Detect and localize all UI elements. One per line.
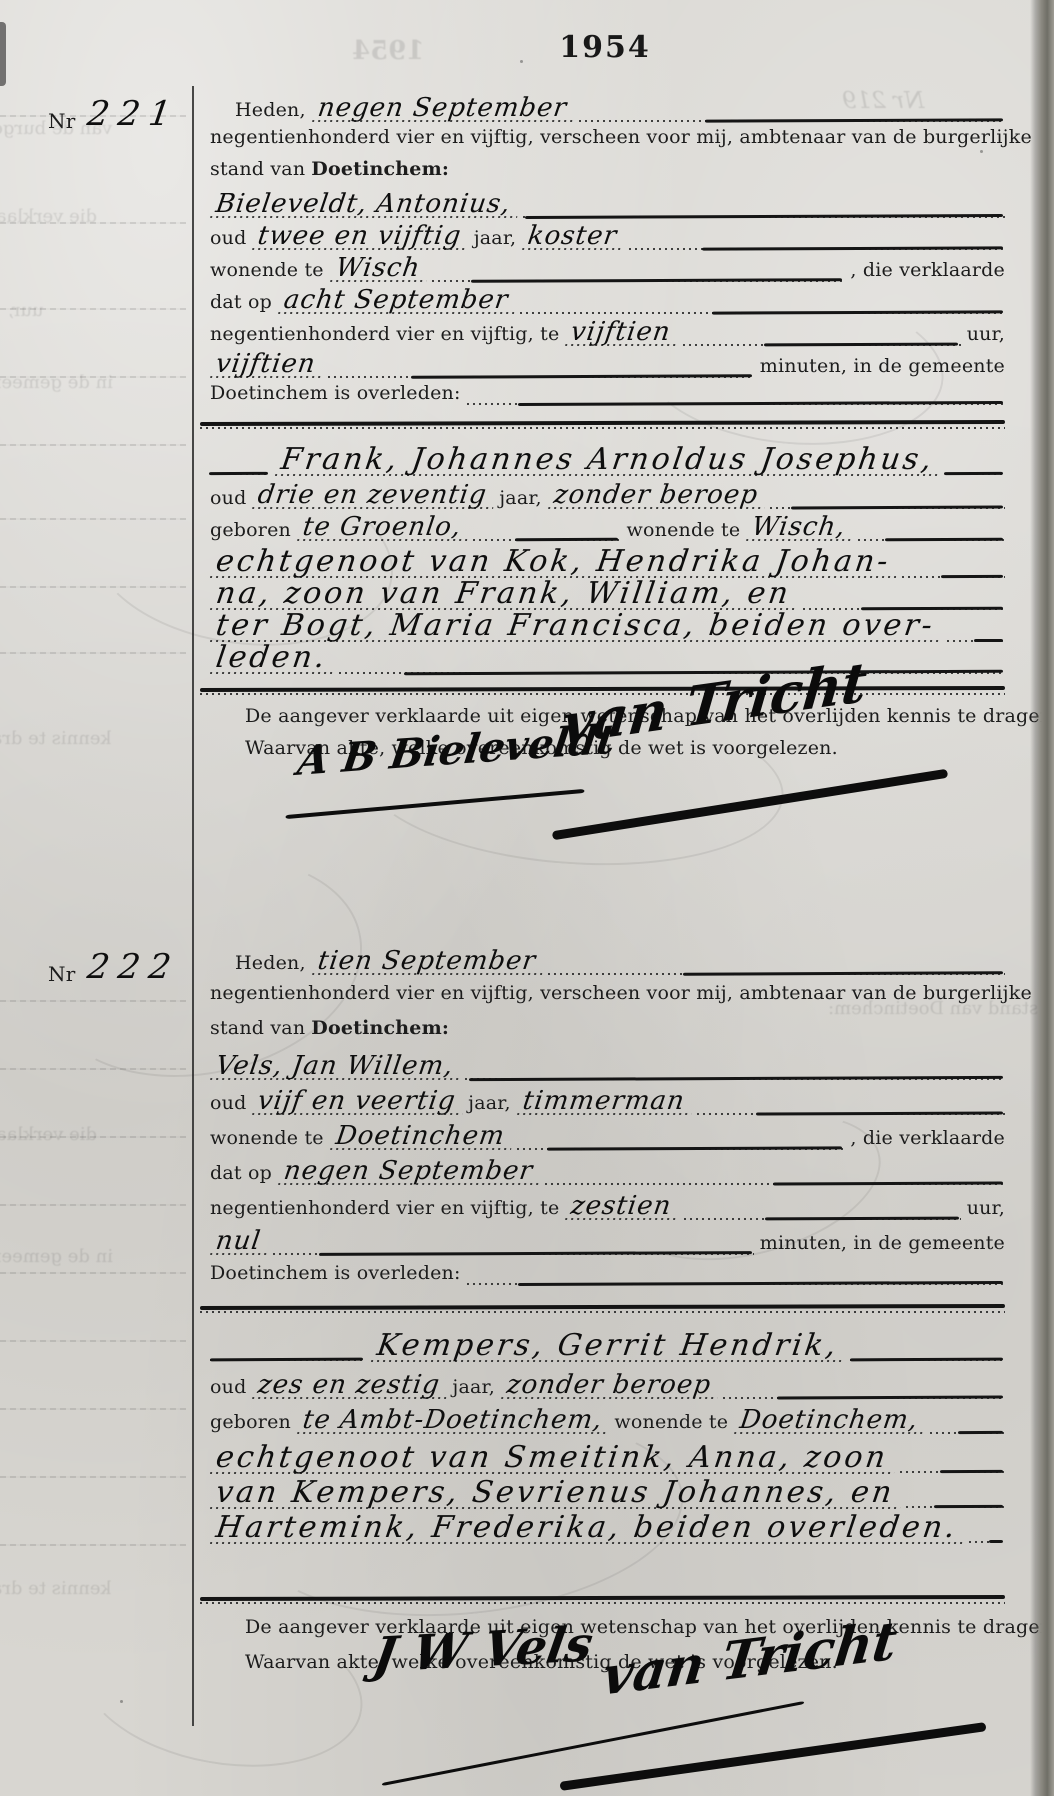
death-hour-handwriting: vijftien (565, 319, 680, 346)
deceased-birthplace-handwriting: te Groenlo, (297, 514, 471, 541)
declarant-name-handwriting: Bieleveldt, Antonius, (210, 191, 520, 218)
fill-line (906, 1490, 1005, 1508)
municipality-label: Doetinchem: (311, 1018, 449, 1040)
fill-line (969, 1525, 1005, 1543)
family-row: echtgenoot van Kok, Hendrika Johan- (210, 546, 1005, 578)
heden-label: Heden, (235, 100, 306, 122)
heden-label: Heden, (235, 953, 306, 975)
margin-rule-ghost (0, 444, 186, 446)
margin-rule-ghost (0, 1340, 186, 1342)
separator-bar (200, 1594, 1005, 1600)
record-number-label: Nr (48, 110, 75, 133)
declarant-age-handwriting: vijf en veertig (252, 1088, 465, 1115)
fill-line (947, 623, 1005, 641)
oud-label: oud (210, 488, 246, 510)
deceased-name-handwriting: Frank, Johannes Arnoldus Josephus, (275, 444, 944, 476)
bleed-through-text: kennis te dragen, (0, 1578, 111, 1599)
section-separator (200, 1305, 1005, 1313)
heden-row: Heden, tien September (210, 948, 1005, 975)
fill-line (465, 1062, 1005, 1080)
deceased-residence-handwriting: Doetinchem, (734, 1407, 928, 1434)
declarant-residence-handwriting: Doetinchem (330, 1123, 515, 1150)
separator-dots (200, 427, 1005, 429)
declarant-residence-handwriting: Wisch (330, 255, 430, 282)
ghost-arc (607, 1088, 897, 1286)
fill-line (770, 491, 1005, 509)
record-number-block: Nr 221 (48, 97, 185, 133)
municipality-label: Doetinchem: (311, 159, 449, 181)
margin-rule-ghost (0, 1272, 186, 1274)
margin-rule-ghost (0, 376, 186, 378)
death-date-row: dat op acht September (210, 287, 1005, 314)
bleed-through-text: die verklaarde (0, 1124, 97, 1145)
margin-rule-ghost (0, 1476, 186, 1478)
fill-line (432, 264, 844, 282)
dust-speck (980, 150, 983, 153)
bleed-through-text: 1954 (352, 36, 424, 66)
signature-flourish (559, 1722, 986, 1791)
death-register-page: 1954 Nr 219 van de burgerlijke die verkl… (0, 0, 1054, 1796)
overleden-label: Doetinchem is overleden: (210, 383, 461, 405)
wonende-te-label: wonende te (210, 1128, 324, 1150)
declarant-age-row: oud twee en vijftig jaar, koster (210, 223, 1005, 250)
fill-line (210, 1343, 365, 1361)
dust-speck (120, 1700, 123, 1703)
fill-line (520, 296, 1005, 314)
intro-line-row: negentienhonderd vier en vijftig, versch… (210, 983, 1005, 1005)
separator-dots (200, 1602, 1005, 1604)
family-line-handwriting: echtgenoot van Smeitink, Anna, zoon (210, 1442, 898, 1474)
deceased-age-row: oud drie en zeventig jaar, zonder beroep (210, 482, 1005, 509)
separator-bar (200, 420, 1005, 426)
declarant-occupation-handwriting: timmerman (517, 1088, 695, 1115)
geboren-label: geboren (210, 1412, 291, 1434)
intro-line-row: negentienhonderd vier en vijftig, versch… (210, 127, 1005, 149)
bleed-through-text: in de gemeente (0, 1246, 113, 1267)
jaar-label: jaar, (499, 488, 542, 510)
fill-line (697, 1097, 1006, 1115)
fill-line (803, 591, 1005, 609)
jaar-label: jaar, (468, 1093, 511, 1115)
te-label: negentienhonderd vier en vijftig, te (210, 1198, 559, 1220)
bleed-through-text: uur, (8, 300, 44, 321)
declarant-name-row: Bieleveldt, Antonius, (210, 191, 1005, 218)
deceased-residence-handwriting: Wisch, (746, 514, 855, 541)
margin-rule-ghost (0, 652, 186, 654)
margin-rule-ghost (0, 308, 186, 310)
death-minutes-row: nul minuten, in de gemeente (210, 1228, 1005, 1255)
fill-line (523, 200, 1005, 218)
family-line-handwriting: ter Bogt, Maria Francisca, beiden over- (210, 610, 945, 642)
oud-label: oud (210, 228, 246, 250)
death-minutes-handwriting: nul (210, 1228, 271, 1255)
scan-edge-mark (0, 22, 6, 86)
fill-line (467, 1266, 1005, 1284)
overleden-label: Doetinchem is overleden: (210, 1263, 461, 1285)
death-date-row: dat op negen September (210, 1158, 1005, 1185)
bleed-through-text: kennis te dragen, (0, 728, 111, 749)
page-edge-shadow (1030, 0, 1054, 1796)
overleden-row: Doetinchem is overleden: (210, 1263, 1005, 1285)
intro-line: negentienhonderd vier en vijftig, versch… (210, 127, 1032, 149)
intro-line: negentienhonderd vier en vijftig, versch… (210, 983, 1032, 1005)
deceased-age-row: oud zes en zestig jaar, zonder beroep (210, 1372, 1005, 1399)
record-number-handwriting: 221 (75, 97, 190, 133)
dat-op-label: dat op (210, 1163, 272, 1185)
deceased-born-row: geboren te Ambt-Doetinchem, wonende te D… (210, 1407, 1005, 1434)
deceased-occupation-handwriting: zonder beroep (501, 1372, 721, 1399)
column-divider-rule (192, 86, 194, 1726)
uur-label: uur, (967, 1198, 1005, 1220)
declarant-name-handwriting: Vels, Jan Willem, (210, 1053, 463, 1080)
record-number-handwriting: 222 (75, 950, 190, 986)
deceased-name-handwriting: Kempers, Gerrit Hendrik, (371, 1330, 849, 1362)
stand-van-row: stand van Doetinchem: (210, 159, 1005, 181)
death-hour-row: negentienhonderd vier en vijftig, te vij… (210, 319, 1005, 346)
fill-line (579, 104, 1005, 122)
deceased-occupation-handwriting: zonder beroep (548, 482, 768, 509)
stand-van-label: stand van (210, 1018, 305, 1040)
declarant-age-row: oud vijf en veertig jaar, timmerman (210, 1088, 1005, 1115)
family-row: Hartemink, Frederika, beiden overleden. (210, 1512, 1005, 1544)
family-row: ter Bogt, Maria Francisca, beiden over- (210, 610, 1005, 642)
fill-line (467, 386, 1005, 404)
declarant-residence-row: wonende te Wisch , die verklaarde (210, 255, 1005, 282)
declarant-occupation-handwriting: koster (522, 223, 627, 250)
deceased-name-row: Kempers, Gerrit Hendrik, (210, 1330, 1005, 1362)
record-number-block: Nr 222 (48, 950, 185, 986)
family-line-handwriting: leden. (210, 642, 338, 674)
jaar-label: jaar, (474, 228, 517, 250)
death-hour-handwriting: zestien (565, 1193, 681, 1220)
section-separator (200, 1596, 1005, 1604)
minuten-label: minuten, in de gemeente (760, 356, 1005, 378)
fill-line (683, 328, 961, 346)
geboren-label: geboren (210, 520, 291, 542)
death-minutes-handwriting: vijftien (210, 351, 325, 378)
fill-line (548, 957, 1005, 975)
margin-rule-ghost (0, 1408, 186, 1410)
minuten-label: minuten, in de gemeente (760, 1233, 1005, 1255)
te-label: negentienhonderd vier en vijftig, te (210, 324, 559, 346)
statement-line: De aangever verklaarde uit eigen wetensc… (245, 1617, 1054, 1639)
margin-rule-ghost (0, 1136, 186, 1138)
margin-rule-ghost (0, 1544, 186, 1546)
family-row: echtgenoot van Smeitink, Anna, zoon (210, 1442, 1005, 1474)
wonende-te-label: wonende te (614, 1412, 728, 1434)
family-line-handwriting: na, zoon van Frank, William, en (210, 578, 801, 610)
fill-line (902, 559, 1005, 577)
fill-line (545, 1167, 1005, 1185)
margin-rule-ghost (0, 222, 186, 224)
fill-line (900, 1455, 1005, 1473)
fill-line (858, 523, 1005, 541)
signature-flourish (382, 1701, 805, 1786)
fill-line (328, 360, 754, 378)
section-separator (200, 421, 1005, 429)
death-date-handwriting: negen September (278, 1158, 543, 1185)
fill-line (339, 655, 1005, 673)
dat-op-label: dat op (210, 292, 272, 314)
heden-row: Heden, negen September (210, 95, 1005, 122)
declarant-age-handwriting: twee en vijftig (252, 223, 471, 250)
die-verklaarde-label: , die verklaarde (850, 260, 1005, 282)
registration-date-handwriting: tien September (312, 948, 546, 975)
family-line-handwriting: van Kempers, Sevrienus Johannes, en (210, 1477, 904, 1509)
fill-line (273, 1237, 754, 1255)
fill-line (850, 1343, 1005, 1361)
deceased-birthplace-handwriting: te Ambt-Doetinchem, (297, 1407, 612, 1434)
death-date-handwriting: acht September (278, 287, 518, 314)
record-number-label: Nr (48, 963, 75, 986)
death-hour-row: negentienhonderd vier en vijftig, te zes… (210, 1193, 1005, 1220)
fill-line (946, 457, 1005, 475)
overleden-row: Doetinchem is overleden: (210, 383, 1005, 405)
family-row: leden. (210, 642, 1005, 674)
family-line-handwriting: Hartemink, Frederika, beiden overleden. (210, 1512, 968, 1544)
fill-line (517, 1132, 845, 1150)
stand-van-row: stand van Doetinchem: (210, 1018, 1005, 1040)
uur-label: uur, (967, 324, 1005, 346)
deceased-name-row: Frank, Johannes Arnoldus Josephus, (210, 444, 1005, 476)
deceased-age-handwriting: zes en zestig (252, 1372, 450, 1399)
fill-line (723, 1380, 1005, 1398)
stand-van-label: stand van (210, 159, 305, 181)
jaar-label: jaar, (452, 1377, 495, 1399)
separator-bar (200, 1304, 1005, 1310)
fill-line (684, 1202, 961, 1220)
death-minutes-row: vijftien minuten, in de gemeente (210, 351, 1005, 378)
wonende-te-label: wonende te (210, 260, 324, 282)
declarant-residence-row: wonende te Doetinchem , die verklaarde (210, 1123, 1005, 1150)
deceased-age-handwriting: drie en zeventig (252, 482, 497, 509)
fill-line (210, 457, 269, 475)
oud-label: oud (210, 1093, 246, 1115)
year-heading: 1954 (520, 30, 690, 65)
declarant-signature: J W Vels (370, 1620, 596, 1680)
separator-dots (200, 1311, 1005, 1313)
registration-date-handwriting: negen September (312, 95, 577, 122)
fill-line (930, 1415, 1005, 1433)
fill-line (473, 523, 620, 541)
die-verklaarde-label: , die verklaarde (850, 1128, 1005, 1150)
fill-line (629, 232, 1005, 250)
deceased-born-row: geboren te Groenlo, wonende te Wisch, (210, 514, 1005, 541)
declarant-name-row: Vels, Jan Willem, (210, 1053, 1005, 1080)
oud-label: oud (210, 1377, 246, 1399)
family-row: van Kempers, Sevrienus Johannes, en (210, 1477, 1005, 1509)
wonende-te-label: wonende te (627, 520, 741, 542)
family-row: na, zoon van Frank, William, en (210, 578, 1005, 610)
family-line-handwriting: echtgenoot van Kok, Hendrika Johan- (210, 546, 901, 578)
margin-rule-ghost (0, 1204, 186, 1206)
